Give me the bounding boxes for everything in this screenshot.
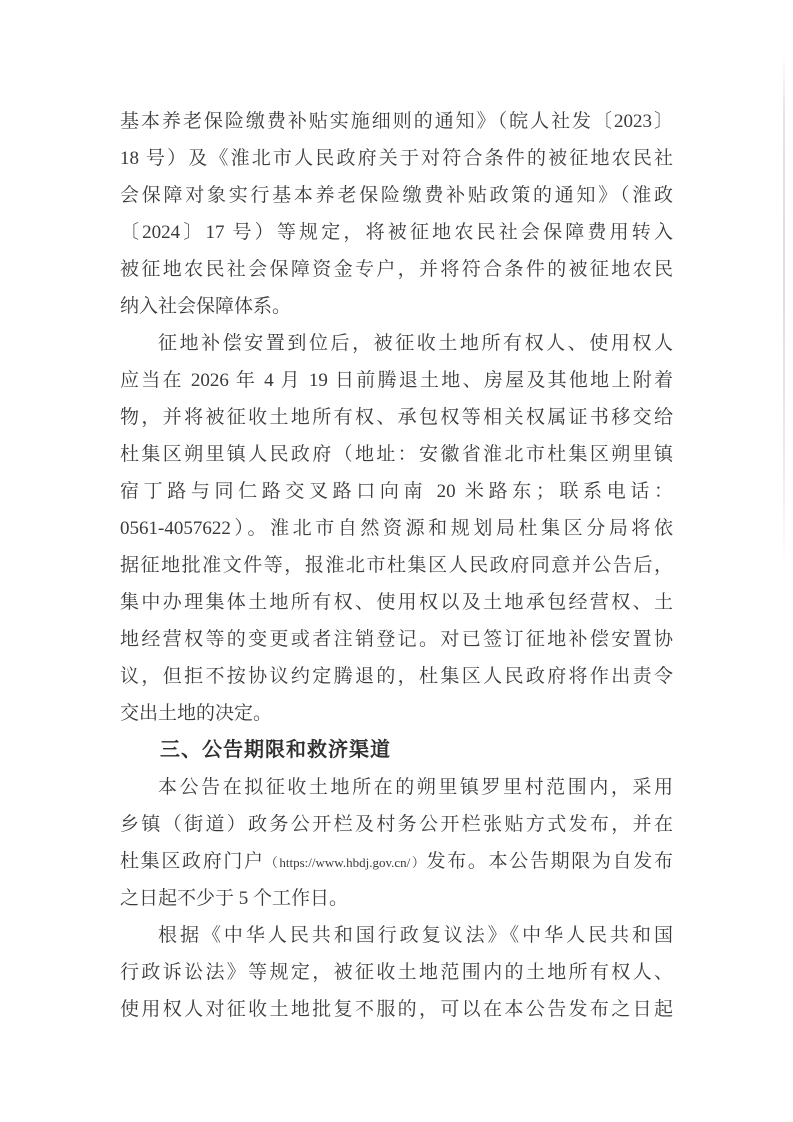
text-segment: 会保障对象实行基本养老保险缴费补贴政策的通知》（淮政 bbox=[120, 185, 673, 206]
text-segment: 本公告在拟征收土地所在的朔里镇罗里村范围内，采用 bbox=[158, 777, 673, 798]
text-line: 议，但拒不按协议约定腾退的，杜集区人民政府将作出责令 bbox=[120, 658, 673, 695]
text-segment: 杜集区政府门户 bbox=[120, 851, 265, 872]
text-segment: 0561-4057622）。淮北市自然资源和规划局杜集区分局将依 bbox=[120, 518, 673, 539]
text-line: 0561-4057622）。淮北市自然资源和规划局杜集区分局将依 bbox=[120, 510, 673, 547]
text-line: 应当在 2026 年 4 月 19 日前腾退土地、房屋及其他地上附着 bbox=[120, 362, 673, 399]
text-segment: 征地补偿安置到位后，被征收土地所有权人、使用权人 bbox=[158, 333, 673, 354]
text-line: 之日起不少于 5 个工作日。 bbox=[120, 880, 673, 917]
text-segment: 之日起不少于 5 个工作日。 bbox=[120, 888, 348, 909]
document-body: 基本养老保险缴费补贴实施细则的通知》（皖人社发〔2023〕18 号）及《淮北市人… bbox=[120, 103, 673, 1028]
text-segment: 交出土地的决定。 bbox=[120, 703, 272, 724]
text-segment: 行政诉讼法》等规定，被征收土地范围内的土地所有权人、 bbox=[120, 962, 673, 983]
text-segment: 基本养老保险缴费补贴实施细则的通知》（皖人社发〔2023〕 bbox=[120, 111, 673, 132]
text-line: 地经营权等的变更或者注销登记。对已签订征地补偿安置协 bbox=[120, 621, 673, 658]
text-line: 使用权人对征收土地批复不服的，可以在本公告发布之日起 bbox=[120, 991, 673, 1028]
text-segment: 物，并将被征收土地所有权、承包权等相关权属证书移交给 bbox=[120, 407, 673, 428]
text-segment: 18 号）及《淮北市人民政府关于对符合条件的被征地农民社 bbox=[120, 148, 673, 169]
text-line: 集中办理集体土地所有权、使用权以及土地承包经营权、土 bbox=[120, 584, 673, 621]
text-segment: 使用权人对征收土地批复不服的，可以在本公告发布之日起 bbox=[120, 999, 673, 1020]
text-line: 交出土地的决定。 bbox=[120, 695, 673, 732]
text-segment: 被征地农民社会保障资金专户，并将符合条件的被征地农民 bbox=[120, 259, 673, 280]
scan-artifact-line bbox=[783, 55, 785, 570]
text-line: 行政诉讼法》等规定，被征收土地范围内的土地所有权人、 bbox=[120, 954, 673, 991]
text-line: 18 号）及《淮北市人民政府关于对符合条件的被征地农民社 bbox=[120, 140, 673, 177]
text-segment: 宿丁路与同仁路交叉路口向南 20 米路东；联系电话： bbox=[120, 481, 673, 502]
text-segment: 集中办理集体土地所有权、使用权以及土地承包经营权、土 bbox=[120, 592, 673, 613]
text-line: 〔2024〕17 号）等规定，将被征地农民社会保障费用转入 bbox=[120, 214, 673, 251]
text-segment: 根据《中华人民共和国行政复议法》《中华人民共和国 bbox=[158, 925, 673, 946]
text-segment: 〔2024〕17 号）等规定，将被征地农民社会保障费用转入 bbox=[120, 222, 673, 243]
text-line: 基本养老保险缴费补贴实施细则的通知》（皖人社发〔2023〕 bbox=[120, 103, 673, 140]
text-segment: 应当在 2026 年 4 月 19 日前腾退土地、房屋及其他地上附着 bbox=[120, 370, 673, 391]
text-segment: 纳入社会保障体系。 bbox=[120, 296, 291, 317]
text-line: 杜集区朔里镇人民政府（地址：安徽省淮北市杜集区朔里镇 bbox=[120, 436, 673, 473]
text-line: 纳入社会保障体系。 bbox=[120, 288, 673, 325]
text-line: 会保障对象实行基本养老保险缴费补贴政策的通知》（淮政 bbox=[120, 177, 673, 214]
text-segment: 发布。本公告期限为自发布 bbox=[427, 851, 673, 872]
text-line: 征地补偿安置到位后，被征收土地所有权人、使用权人 bbox=[120, 325, 673, 362]
text-segment: 杜集区朔里镇人民政府（地址：安徽省淮北市杜集区朔里镇 bbox=[120, 444, 673, 465]
text-line: 杜集区政府门户（https://www.hbdj.gov.cn/）发布。本公告期… bbox=[120, 843, 673, 880]
text-segment: 乡镇（街道）政务公开栏及村务公开栏张贴方式发布，并在 bbox=[120, 814, 673, 835]
text-line: 物，并将被征收土地所有权、承包权等相关权属证书移交给 bbox=[120, 399, 673, 436]
section-heading: 三、公告期限和救济渠道 bbox=[120, 732, 673, 769]
text-line: 乡镇（街道）政务公开栏及村务公开栏张贴方式发布，并在 bbox=[120, 806, 673, 843]
scanned-page: 基本养老保险缴费补贴实施细则的通知》（皖人社发〔2023〕18 号）及《淮北市人… bbox=[0, 0, 793, 1122]
text-line: 被征地农民社会保障资金专户，并将符合条件的被征地农民 bbox=[120, 251, 673, 288]
text-line: 宿丁路与同仁路交叉路口向南 20 米路东；联系电话： bbox=[120, 473, 673, 510]
text-line: 根据《中华人民共和国行政复议法》《中华人民共和国 bbox=[120, 917, 673, 954]
text-segment: 三、公告期限和救济渠道 bbox=[160, 739, 391, 761]
text-segment: 议，但拒不按协议约定腾退的，杜集区人民政府将作出责令 bbox=[120, 666, 673, 687]
text-line: 据征地批准文件等，报淮北市杜集区人民政府同意并公告后， bbox=[120, 547, 673, 584]
text-segment: 据征地批准文件等，报淮北市杜集区人民政府同意并公告后， bbox=[120, 555, 673, 576]
text-segment: 地经营权等的变更或者注销登记。对已签订征地补偿安置协 bbox=[120, 629, 673, 650]
portal-url: （https://www.hbdj.gov.cn/） bbox=[265, 855, 427, 870]
text-line: 本公告在拟征收土地所在的朔里镇罗里村范围内，采用 bbox=[120, 769, 673, 806]
